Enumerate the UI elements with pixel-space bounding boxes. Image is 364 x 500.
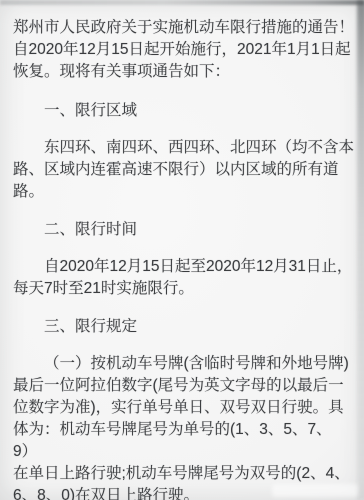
section-1-heading: 一、限行区域 [13, 100, 355, 122]
notice-photo: 郑州市人民政府关于实施机动车限行措施的通告！ 自2020年12月15日起开始施行… [0, 0, 364, 500]
notice-intro-paragraph: 郑州市人民政府关于实施机动车限行措施的通告！ 自2020年12月15日起开始施行… [13, 17, 355, 83]
section-2-heading: 二、限行时间 [13, 219, 355, 241]
section-1-body: 东四环、南四环、西四环、北四环（均不含本 路、区域内连霍高速不限行）以内区域的所… [13, 137, 355, 203]
section-3-body: （一）按机动车号牌(含临时号牌和外地号牌) 最后一位阿拉伯数字(尾号为英文字母的… [13, 353, 355, 500]
section-3-heading: 三、限行规定 [13, 316, 355, 338]
notice-body: 郑州市人民政府关于实施机动车限行措施的通告！ 自2020年12月15日起开始施行… [0, 0, 364, 500]
section-2-body: 自2020年12月15日起至2020年12月31日止， 每天7时至21时实施限行… [13, 256, 355, 300]
